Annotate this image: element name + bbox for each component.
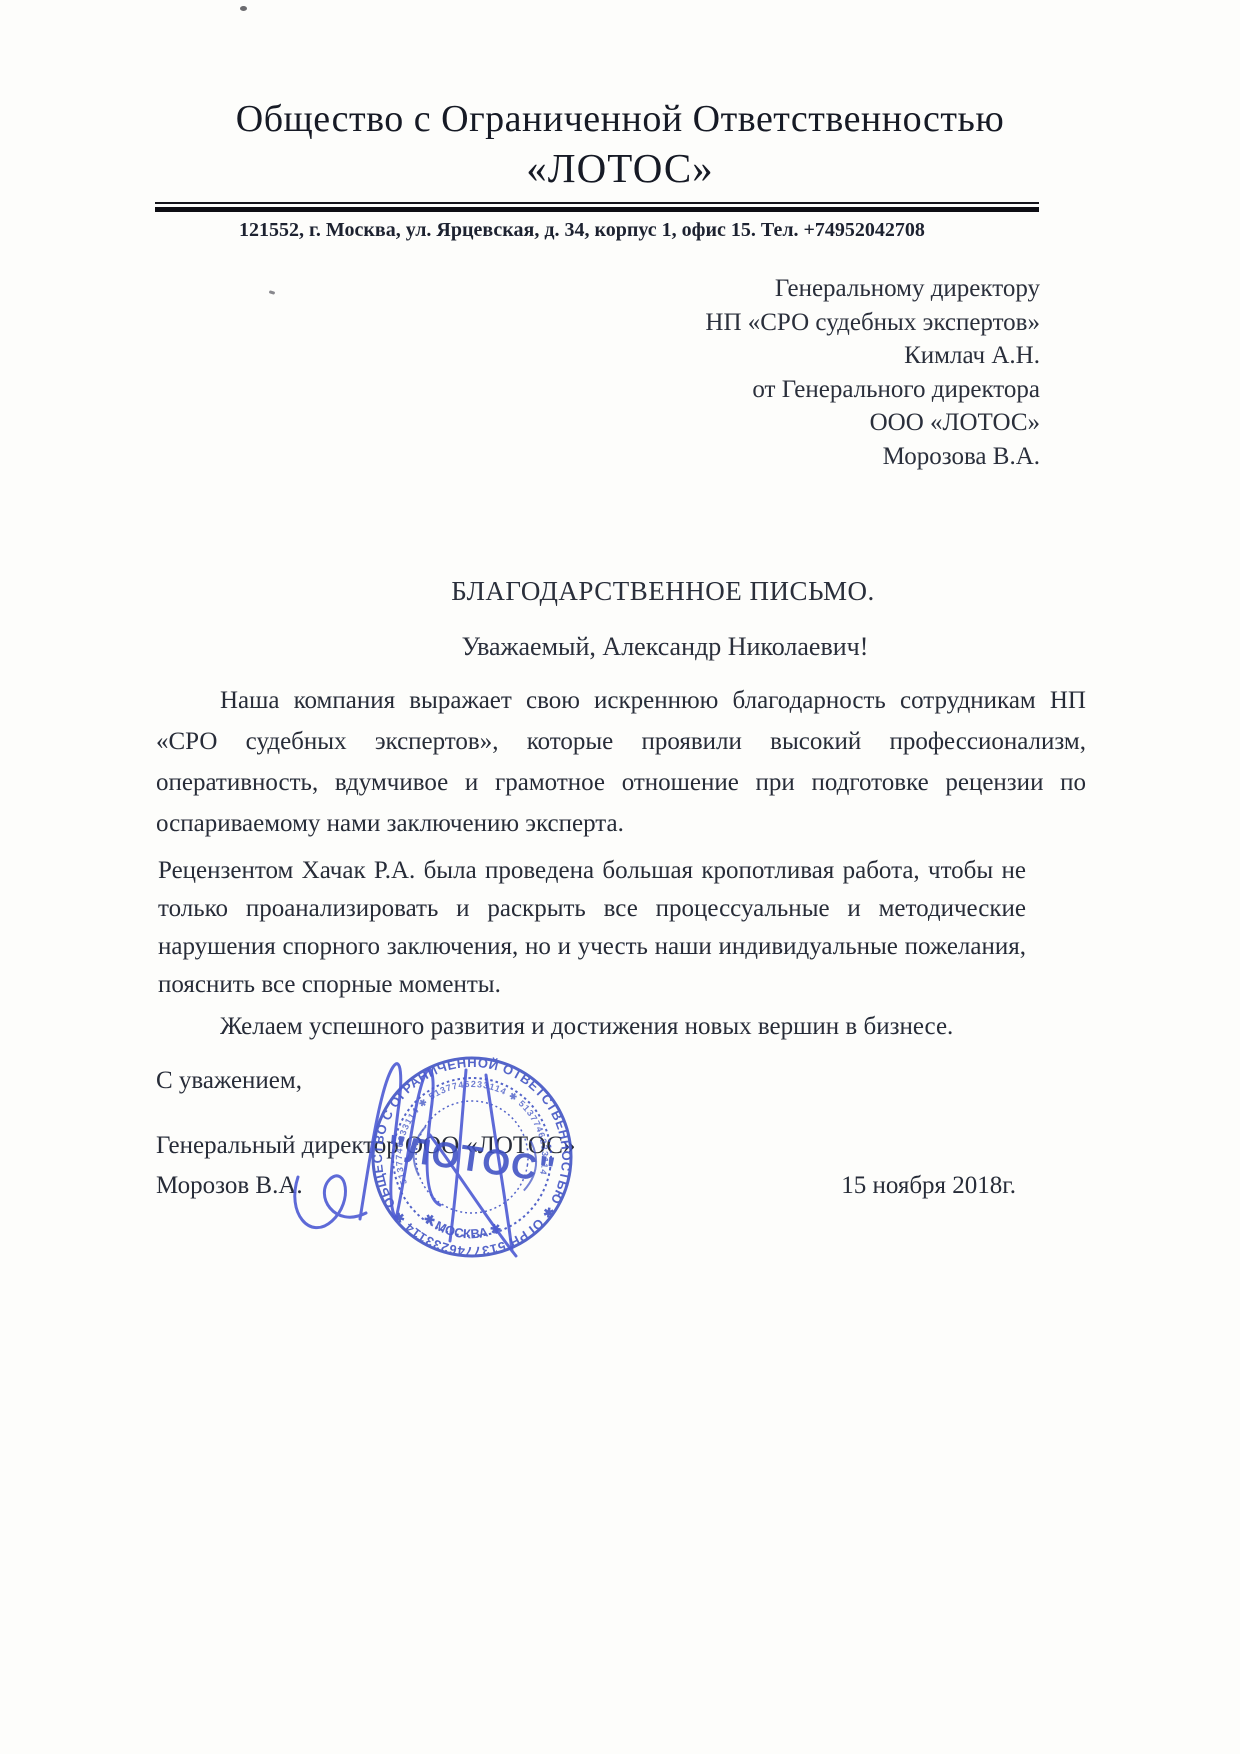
scanned-letter-page: Общество с Ограниченной Ответственностью… bbox=[0, 0, 1240, 1754]
scan-speck bbox=[269, 290, 276, 295]
letter-title: БЛАГОДАРСТВЕННОЕ ПИСЬМО. bbox=[43, 576, 1240, 607]
letterhead-divider bbox=[155, 202, 1039, 212]
company-name-line2: «ЛОТОС» bbox=[0, 144, 1240, 192]
letterhead: Общество с Ограниченной Ответственностью… bbox=[0, 96, 1240, 242]
recipient-line: НП «СРО судебных экспертов» bbox=[705, 306, 1040, 340]
recipient-line: от Генерального директора bbox=[705, 373, 1040, 407]
signature-stroke bbox=[295, 1176, 366, 1228]
stamp-signature-svg: ОБЩЕСТВО С ОГРАНИЧЕННОЙ ОТВЕТСТВЕННОСТЬЮ… bbox=[260, 1015, 680, 1285]
round-stamp: ОБЩЕСТВО С ОГРАНИЧЕННОЙ ОТВЕТСТВЕННОСТЬЮ… bbox=[310, 1015, 635, 1285]
divider-thin-line bbox=[155, 202, 1039, 204]
paragraph: Рецензентом Хачак Р.А. была проведена бо… bbox=[158, 852, 1026, 1004]
recipient-line: Кимлач А.Н. bbox=[705, 339, 1040, 373]
recipient-line: Морозова В.А. bbox=[705, 440, 1040, 474]
greeting-line: Уважаемый, Александр Николаевич! bbox=[45, 632, 1240, 662]
paragraph: Наша компания выражает свою искреннюю бл… bbox=[156, 680, 1086, 844]
stamp-and-signature: ОБЩЕСТВО С ОГРАНИЧЕННОЙ ОТВЕТСТВЕННОСТЬЮ… bbox=[260, 1015, 680, 1285]
recipient-line: ООО «ЛОТОС» bbox=[705, 406, 1040, 440]
scan-speck bbox=[240, 6, 247, 11]
company-name-line1: Общество с Ограниченной Ответственностью bbox=[0, 96, 1240, 142]
divider-thick-line bbox=[155, 207, 1039, 212]
company-address: 121552, г. Москва, ул. Ярцевская, д. 34,… bbox=[0, 219, 1202, 242]
recipient-line: Генеральному директору bbox=[705, 272, 1040, 306]
letter-date: 15 ноября 2018г. bbox=[841, 1166, 1016, 1206]
recipient-block: Генеральному директору НП «СРО судебных … bbox=[705, 272, 1040, 473]
